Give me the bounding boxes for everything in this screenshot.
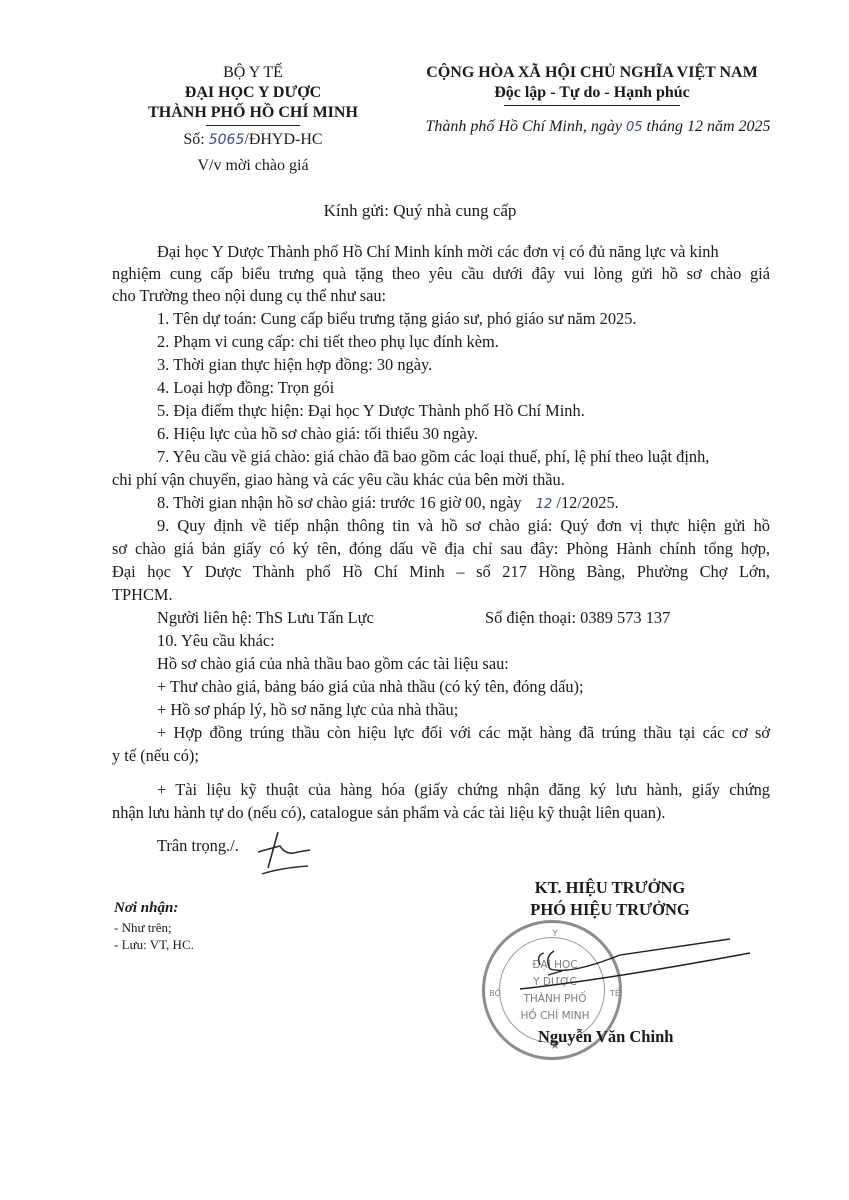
item-8-day-handwritten: 12 — [536, 497, 553, 512]
intro-line-3: cho Trường theo nội dung cụ thể như sau: — [112, 285, 770, 307]
date-prefix: Thành phố Hồ Chí Minh, ngày — [426, 118, 622, 135]
intro-line-1: Đại học Y Dược Thành phố Hồ Chí Minh kín… — [157, 241, 770, 263]
national-motto: Độc lập - Tự do - Hạnh phúc — [412, 83, 772, 103]
item-1: 1. Tên dự toán: Cung cấp biểu trưng tặng… — [157, 308, 815, 330]
date-suffix: tháng 12 năm 2025 — [647, 118, 771, 135]
item-10-bullet-4-line-2: nhận lưu hành tự do (nếu có), catalogue … — [112, 802, 770, 824]
university-name-line1: ĐẠI HỌC Y DƯỢC — [100, 83, 406, 103]
ministry-name: BỘ Y TẾ — [100, 63, 406, 83]
motto-underline — [504, 105, 680, 106]
item-10-bullet-1: + Thư chào giá, bảng báo giá của nhà thầ… — [157, 676, 815, 698]
item-5: 5. Địa điểm thực hiện: Đại học Y Dược Th… — [157, 400, 815, 422]
header-left-underline — [206, 125, 300, 126]
item-9-line-2: sơ chào giá bản giấy có ký tên, đóng dấu… — [112, 538, 770, 560]
document-date: Thành phố Hồ Chí Minh, ngày 05 tháng 12 … — [418, 118, 778, 136]
item-10-bullet-4-line-1: + Tài liệu kỹ thuật của hàng hóa (giấy c… — [157, 779, 770, 801]
item-9-line-3: Đại học Y Dược Thành phố Hồ Chí Minh – s… — [112, 561, 770, 583]
doc-number-handwritten: 5065 — [209, 132, 245, 148]
document-number: Số: 5065/ĐHYD-HC — [100, 130, 406, 150]
recipients-title: Nơi nhận: — [114, 900, 194, 917]
signature-line-2: PHÓ HIỆU TRƯỞNG — [490, 899, 730, 921]
date-day-handwritten: 05 — [626, 120, 643, 135]
item-7-line-2: chi phí vận chuyển, giao hàng và các yêu… — [112, 469, 770, 491]
signature-title: KT. HIỆU TRƯỞNG PHÓ HIỆU TRƯỞNG — [490, 877, 730, 921]
signature-stroke — [500, 935, 760, 1015]
item-10-title: 10. Yêu cầu khác: — [157, 630, 815, 652]
university-name-line2: THÀNH PHỐ HỒ CHÍ MINH — [100, 103, 406, 123]
item-4: 4. Loại hợp đồng: Trọn gói — [157, 377, 815, 399]
item-10-bullet-3-line-2: y tế (nếu có); — [112, 745, 770, 767]
item-7-line-1: 7. Yêu cầu về giá chào: giá chào đã bao … — [157, 446, 770, 468]
doc-number-suffix: /ĐHYD-HC — [244, 131, 322, 148]
item-10-intro: Hồ sơ chào giá của nhà thầu bao gồm các … — [157, 653, 815, 675]
signer-name: Nguyễn Văn Chinh — [538, 1027, 673, 1047]
item-2: 2. Phạm vi cung cấp: chi tiết theo phụ l… — [157, 331, 815, 353]
item-6: 6. Hiệu lực của hồ sơ chào giá: tối thiể… — [157, 423, 815, 445]
header-right: CỘNG HÒA XÃ HỘI CHỦ NGHĨA VIỆT NAM Độc l… — [412, 63, 772, 106]
item-9-line-4: TPHCM. — [112, 584, 770, 606]
document-subject: V/v mời chào giá — [100, 156, 406, 176]
item-10-bullet-2: + Hồ sơ pháp lý, hồ sơ năng lực của nhà … — [157, 699, 815, 721]
salutation: Kính gửi: Quý nhà cung cấp — [230, 201, 610, 221]
header-left: BỘ Y TẾ ĐẠI HỌC Y DƯỢC THÀNH PHỐ HỒ CHÍ … — [100, 63, 406, 176]
item-9-line-1: 9. Quy định về tiếp nhận thông tin và hồ… — [157, 515, 770, 537]
contact-phone: Số điện thoại: 0389 573 137 — [485, 607, 765, 629]
item-10-bullet-3-line-1: + Hợp đồng trúng thầu còn hiệu lực đối v… — [157, 722, 770, 744]
item-3: 3. Thời gian thực hiện hợp đồng: 30 ngày… — [157, 354, 815, 376]
country-name: CỘNG HÒA XÃ HỘI CHỦ NGHĨA VIỆT NAM — [412, 63, 772, 83]
signature-line-1: KT. HIỆU TRƯỞNG — [490, 877, 730, 899]
intro-line-2: nghiệm cung cấp biểu trưng quà tặng theo… — [112, 263, 770, 285]
item-8: 8. Thời gian nhận hồ sơ chào giá: trước … — [157, 492, 815, 516]
item-8-prefix: 8. Thời gian nhận hồ sơ chào giá: trước … — [157, 493, 522, 512]
initials-signature-mark — [250, 828, 320, 878]
recipients: Nơi nhận: - Như trên; - Lưu: VT, HC. — [114, 900, 194, 953]
recipient-item: - Lưu: VT, HC. — [114, 936, 194, 953]
item-8-suffix: /12/2025. — [556, 493, 618, 512]
recipient-item: - Như trên; — [114, 919, 194, 936]
doc-number-prefix: Số: — [183, 131, 204, 148]
